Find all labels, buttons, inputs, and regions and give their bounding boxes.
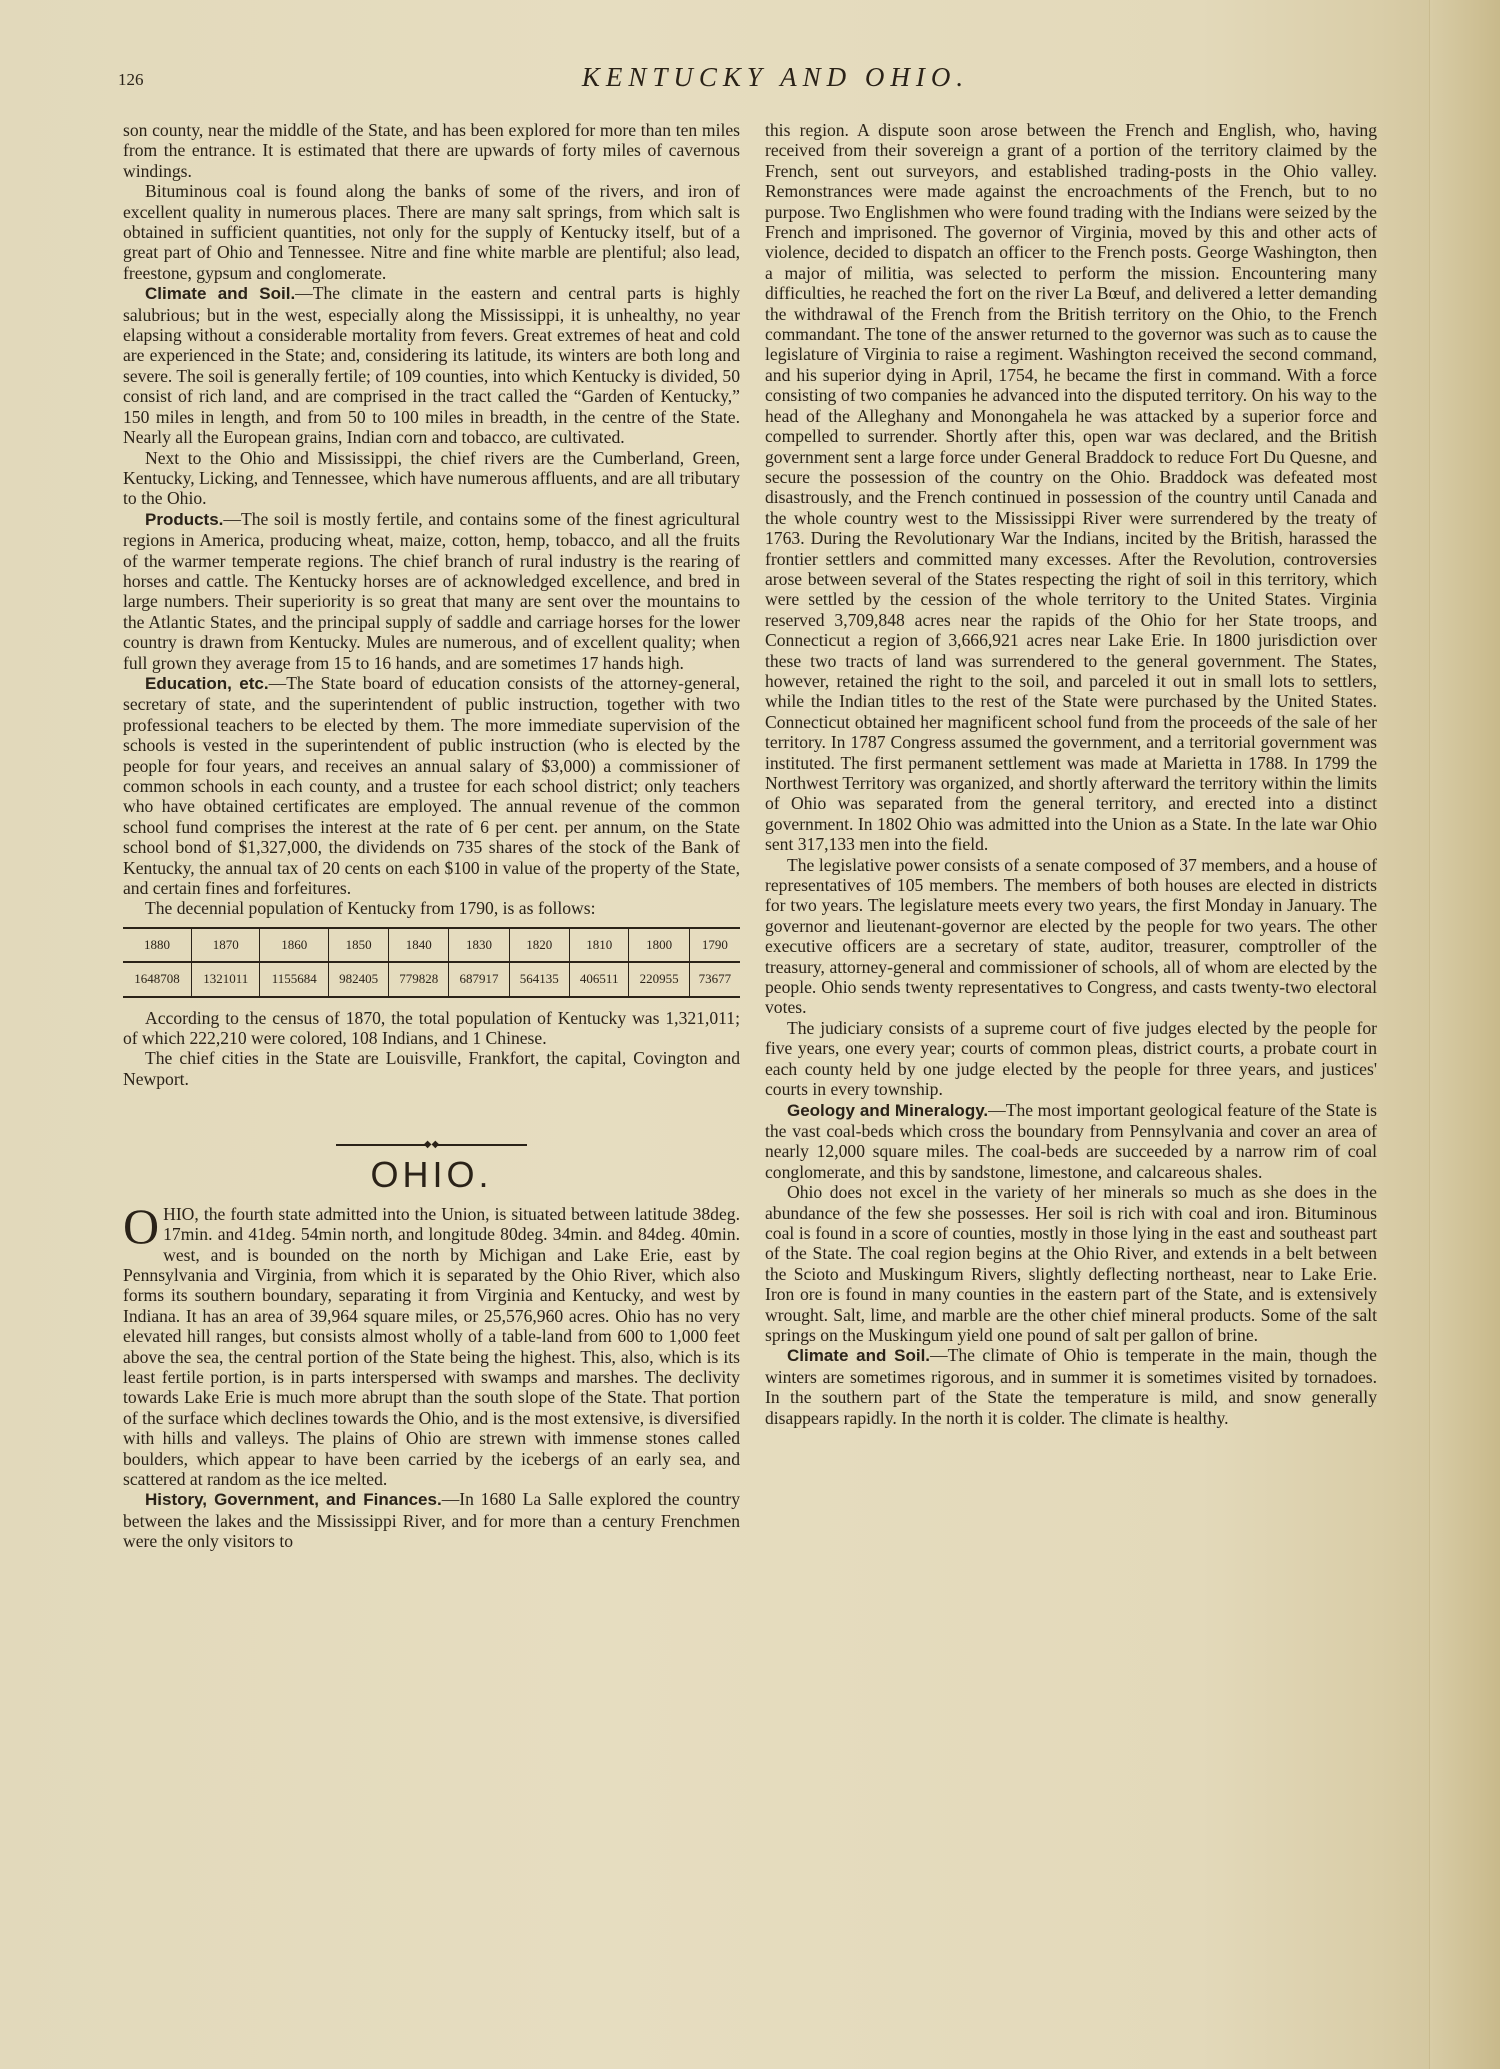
table-row: 1648708 1321011 1155684 982405 779828 68… xyxy=(123,962,740,996)
section-heading: Climate and Soil. xyxy=(787,1346,930,1365)
paragraph: According to the census of 1870, the tot… xyxy=(123,1008,740,1049)
left-column: son county, near the middle of the State… xyxy=(123,120,740,1552)
paragraph: History, Government, and Finances.—In 16… xyxy=(123,1489,740,1551)
right-column: this region. A dispute soon arose betwee… xyxy=(765,120,1377,1428)
drop-cap: O xyxy=(123,1206,159,1246)
paragraph: The judiciary consists of a supreme cour… xyxy=(765,1018,1377,1100)
paragraph: Bituminous coal is found along the banks… xyxy=(123,181,740,283)
paragraph: Education, etc.—The State board of educa… xyxy=(123,673,740,898)
section-heading: Geology and Mineralogy. xyxy=(787,1101,988,1120)
paragraph: this region. A dispute soon arose betwee… xyxy=(765,120,1377,855)
section-heading: Education, etc. xyxy=(145,674,269,693)
paragraph: The decennial population of Kentucky fro… xyxy=(123,898,740,918)
table-row: 1880 1870 1860 1850 1840 1830 1820 1810 … xyxy=(123,928,740,962)
paragraph: Climate and Soil.—The climate in the eas… xyxy=(123,283,740,447)
paragraph: Climate and Soil.—The climate of Ohio is… xyxy=(765,1345,1377,1428)
section-heading: Products. xyxy=(145,510,223,529)
paragraph: The legislative power consists of a sena… xyxy=(765,855,1377,1018)
book-page: 126 KENTUCKY AND OHIO. son county, near … xyxy=(0,0,1500,2069)
paragraph: son county, near the middle of the State… xyxy=(123,120,740,181)
paragraph: The chief cities in the State are Louisv… xyxy=(123,1048,740,1089)
paragraph: Ohio does not excel in the variety of he… xyxy=(765,1182,1377,1345)
paragraph: Geology and Mineralogy.—The most importa… xyxy=(765,1100,1377,1183)
running-title: KENTUCKY AND OHIO. xyxy=(118,62,1373,93)
population-table: 1880 1870 1860 1850 1840 1830 1820 1810 … xyxy=(123,927,740,998)
section-heading: Climate and Soil. xyxy=(145,284,295,303)
paragraph: Products.—The soil is mostly fertile, an… xyxy=(123,509,740,673)
section-heading: History, Government, and Finances. xyxy=(145,1490,442,1509)
page-header: 126 KENTUCKY AND OHIO. xyxy=(118,62,1373,98)
page-edge xyxy=(1429,0,1500,2069)
section-title-ohio: OHIO. xyxy=(123,1165,740,1185)
paragraph: OHIO, the fourth state admitted into the… xyxy=(123,1204,740,1490)
divider-ornament: ◆◆ xyxy=(123,1133,740,1143)
paragraph: Next to the Ohio and Mississippi, the ch… xyxy=(123,448,740,509)
